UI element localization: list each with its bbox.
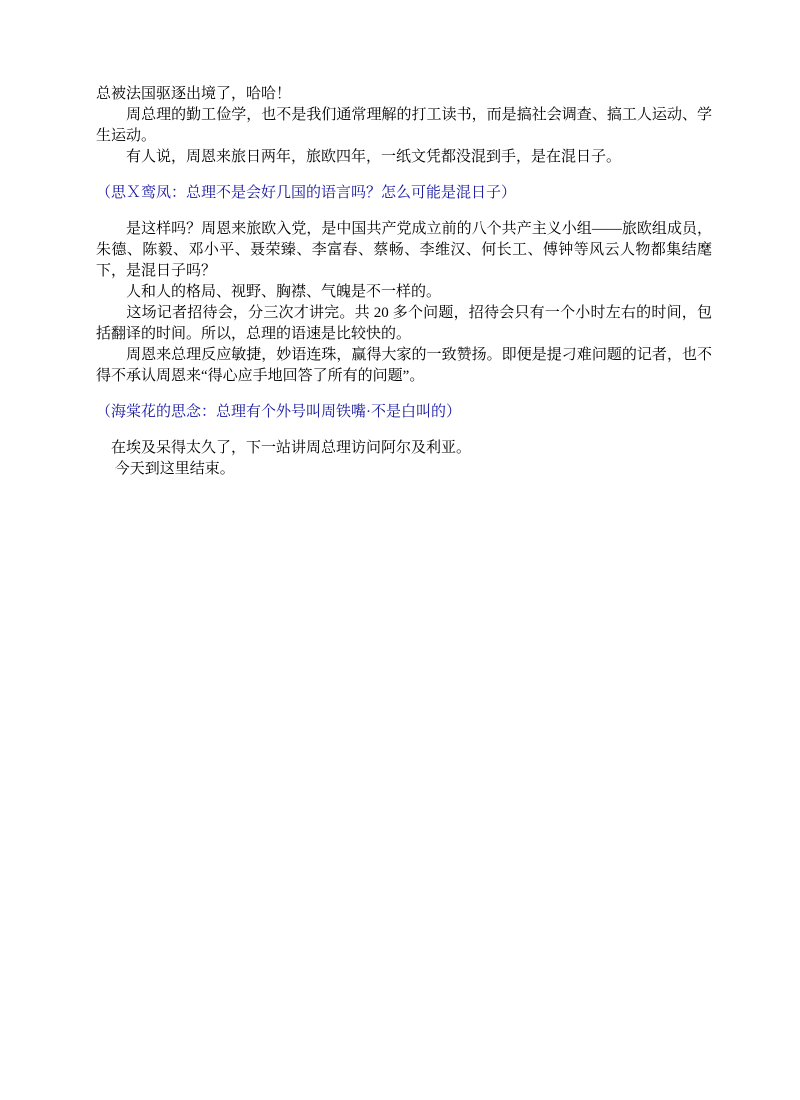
- reader-comment-quote: （思Ｘ鸾凤：总理不是会好几国的语言吗？怎么可能是混日子）: [96, 183, 712, 204]
- document-page: 总被法国驱逐出境了，哈哈！ 周总理的勤工俭学，也不是我们通常理解的打工读书，而是…: [0, 0, 800, 1100]
- paragraph: 总被法国驱逐出境了，哈哈！: [96, 84, 712, 105]
- paragraph: 周恩来总理反应敏捷，妙语连珠，赢得大家的一致赞扬。即便是提刁难问题的记者，也不得…: [96, 345, 712, 387]
- paragraph: 是这样吗？周恩来旅欧入党，是中国共产党成立前的八个共产主义小组——旅欧组成员，朱…: [96, 219, 712, 282]
- document-body: 总被法国驱逐出境了，哈哈！ 周总理的勤工俭学，也不是我们通常理解的打工读书，而是…: [96, 84, 712, 480]
- paragraph: 有人说，周恩来旅日两年，旅欧四年，一纸文凭都没混到手，是在混日子。: [96, 147, 712, 168]
- reader-comment-quote: （海棠花的思念：总理有个外号叫周铁嘴·不是白叫的）: [96, 402, 712, 423]
- paragraph: 周总理的勤工俭学，也不是我们通常理解的打工读书，而是搞社会调查、搞工人运动、学生…: [96, 105, 712, 147]
- paragraph: 这场记者招待会，分三次才讲完。共 20 多个问题，招待会只有一个小时左右的时间，…: [96, 303, 712, 345]
- paragraph: 在埃及呆得太久了，下一站讲周总理访问阿尔及利亚。: [96, 438, 712, 459]
- paragraph: 人和人的格局、视野、胸襟、气魄是不一样的。: [96, 282, 712, 303]
- paragraph: 今天到这里结束。: [96, 459, 712, 480]
